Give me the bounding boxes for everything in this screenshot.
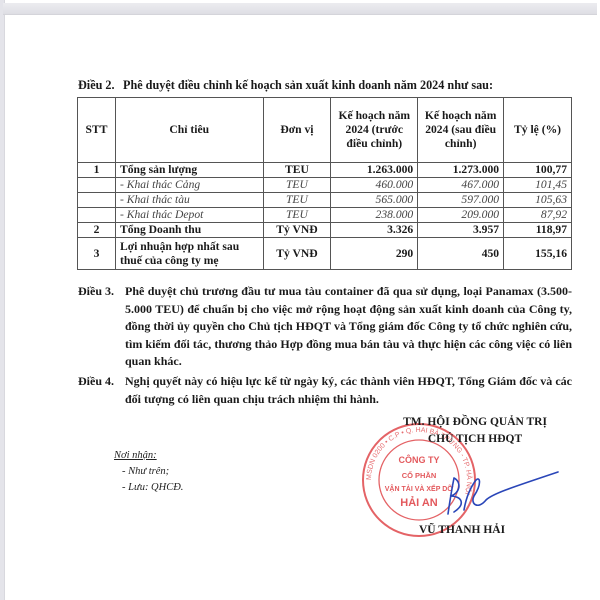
cell-unit: TEU <box>263 163 331 178</box>
svg-text:CỔ PHẦN: CỔ PHẦN <box>402 470 437 480</box>
signer-name: VŨ THANH HẢI <box>419 522 505 539</box>
cell-unit: TEU <box>263 208 331 223</box>
cell-ratio: 105,63 <box>504 193 572 208</box>
handwritten-signature-icon <box>440 470 560 520</box>
article-3-number: Điều 3. <box>78 283 114 301</box>
article-2-text: Phê duyệt điều chỉnh kế hoạch sản xuất k… <box>123 78 493 92</box>
cell-plan-before: 460.000 <box>331 178 418 193</box>
table-row: 1Tổng sản lượngTEU1.263.0001.273.000100,… <box>78 163 572 178</box>
cell-plan-before: 1.263.000 <box>331 163 418 178</box>
cell-unit: TEU <box>263 178 331 193</box>
table-header-row: STT Chỉ tiêu Đơn vị Kế hoạch năm 2024 (t… <box>78 98 572 163</box>
header-plan-before: Kế hoạch năm 2024 (trước điều chỉnh) <box>331 98 418 163</box>
cell-indicator: Tổng sản lượng <box>115 163 263 178</box>
cell-plan-before: 3.326 <box>331 223 418 238</box>
recipients-block: Nơi nhận: - Như trên; - Lưu: QHCĐ. <box>114 448 183 496</box>
cell-stt <box>78 193 116 208</box>
recipients-title: Nơi nhận: <box>114 448 183 464</box>
signature-title-line1: TM. HỘI ĐỒNG QUẢN TRỊ <box>375 414 575 431</box>
cell-stt: 2 <box>78 223 116 238</box>
table-row: 2Tổng Doanh thuTỷ VNĐ3.3263.957118,97 <box>78 223 572 238</box>
article-2-number: Điều 2. <box>78 78 123 93</box>
cell-ratio: 100,77 <box>504 163 572 178</box>
cell-indicator: - Khai thác Depot <box>115 208 263 223</box>
article-2-heading: Điều 2.Phê duyệt điều chỉnh kế hoạch sản… <box>78 78 493 93</box>
table-row: - Khai thác tàuTEU565.000597.000105,63 <box>78 193 572 208</box>
cell-ratio: 118,97 <box>504 223 572 238</box>
cell-indicator: - Khai thác tàu <box>115 193 263 208</box>
cell-stt: 3 <box>78 238 116 270</box>
header-indicator: Chỉ tiêu <box>115 98 263 163</box>
recipient-item: - Như trên; <box>122 464 183 480</box>
cell-ratio: 155,16 <box>504 238 572 270</box>
cell-plan-after: 450 <box>418 238 504 270</box>
article-4-text: Nghị quyết này có hiệu lực kể từ ngày ký… <box>125 373 572 408</box>
cell-plan-before: 238.000 <box>331 208 418 223</box>
cell-unit: Tỷ VNĐ <box>263 223 331 238</box>
table-row: - Khai thác CảngTEU460.000467.000101,45 <box>78 178 572 193</box>
svg-text:HẢI AN: HẢI AN <box>400 496 438 509</box>
cell-plan-after: 597.000 <box>418 193 504 208</box>
document-page: Điều 2.Phê duyệt điều chỉnh kế hoạch sản… <box>0 0 600 600</box>
header-stt: STT <box>78 98 116 163</box>
cell-ratio: 101,45 <box>504 178 572 193</box>
cell-stt: 1 <box>78 163 116 178</box>
cell-unit: TEU <box>263 193 331 208</box>
cell-plan-before: 290 <box>331 238 418 270</box>
cell-indicator: Tổng Doanh thu <box>115 223 263 238</box>
cell-plan-before: 565.000 <box>331 193 418 208</box>
cell-plan-after: 3.957 <box>418 223 504 238</box>
cell-stt <box>78 178 116 193</box>
header-unit: Đơn vị <box>263 98 331 163</box>
table-row: - Khai thác DepotTEU238.000209.00087,92 <box>78 208 572 223</box>
article-4-number: Điều 4. <box>78 373 114 391</box>
cell-indicator: Lợi nhuận hợp nhất sau thuế của công ty … <box>115 238 263 270</box>
cell-ratio: 87,92 <box>504 208 572 223</box>
article-3: Điều 3. Phê duyệt chủ trương đầu tư mua … <box>78 283 572 371</box>
article-3-text: Phê duyệt chủ trương đầu tư mua tàu cont… <box>125 283 572 371</box>
signature-title-line2: CHỦ TỊCH HĐQT <box>375 431 575 448</box>
cell-stt <box>78 208 116 223</box>
article-4: Điều 4. Nghị quyết này có hiệu lực kể từ… <box>78 373 572 408</box>
header-plan-after: Kế hoạch năm 2024 (sau điều chỉnh) <box>418 98 504 163</box>
cell-unit: Tỷ VNĐ <box>263 238 331 270</box>
cell-plan-after: 1.273.000 <box>418 163 504 178</box>
cell-plan-after: 209.000 <box>418 208 504 223</box>
cell-plan-after: 467.000 <box>418 178 504 193</box>
business-plan-table: STT Chỉ tiêu Đơn vị Kế hoạch năm 2024 (t… <box>77 97 572 270</box>
cell-indicator: - Khai thác Cảng <box>115 178 263 193</box>
recipient-item: - Lưu: QHCĐ. <box>122 480 183 496</box>
table-row: 3Lợi nhuận hợp nhất sau thuế của công ty… <box>78 238 572 270</box>
svg-text:CÔNG TY: CÔNG TY <box>398 454 439 465</box>
header-ratio: Tỷ lệ (%) <box>504 98 572 163</box>
signature-block: TM. HỘI ĐỒNG QUẢN TRỊ CHỦ TỊCH HĐQT <box>375 414 575 448</box>
